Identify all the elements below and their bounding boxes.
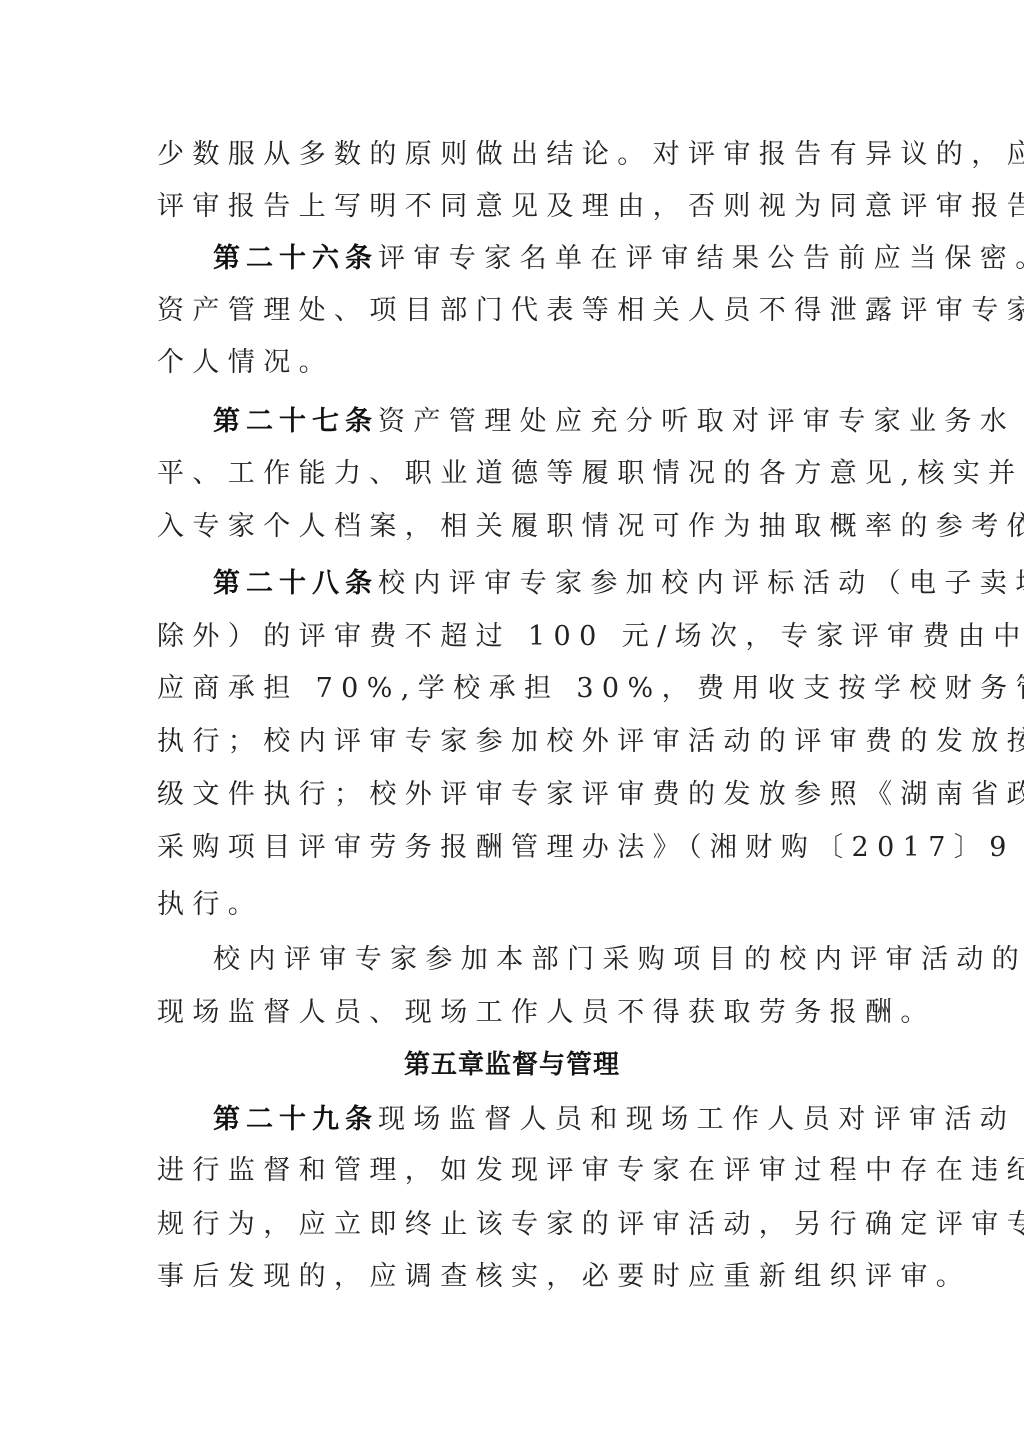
article-28-line-5: 级文件执行；校外评审专家评审费的发放参照《湖南省政府 [157,775,877,815]
article-27-line-2: 平、工作能力、职业道德等履职情况的各方意见,核实并记 [157,454,877,494]
continuation-line-2: 评审报告上写明不同意见及理由，否则视为同意评审报告。 [157,187,877,227]
remuneration-line-1: 校内评审专家参加本部门采购项目的校内评审活动的、 [213,940,933,980]
article-28-text-1: 校内评审专家参加校内评标活动（电子卖场 [378,568,1024,599]
chapter-heading: 第五章监督与管理 [0,1045,1024,1085]
article-29-label: 第二十九条 [213,1104,378,1135]
article-28-line-2: 除外）的评审费不超过 100 元/场次，专家评审费由中标供 [157,617,877,657]
article-28-line-6: 采购项目评审劳务报酬管理办法》（湘财购〔2017〕9 号） [157,828,877,868]
continuation-line-1: 少数服从多数的原则做出结论。对评审报告有异议的，应在 [157,135,877,175]
article-28-line-4: 执行；校内评审专家参加校外评审活动的评审费的发放按上 [157,722,877,762]
article-27-text-1: 资产管理处应充分听取对评审专家业务水 [378,406,1015,437]
remuneration-line-2: 现场监督人员、现场工作人员不得获取劳务报酬。 [157,993,877,1033]
article-28-line-7: 执行。 [157,885,877,925]
article-29-line-3: 规行为，应立即终止该专家的评审活动，另行确定评审专家； [157,1205,877,1245]
article-27-line-3: 入专家个人档案，相关履职情况可作为抽取概率的参考依据。 [157,507,877,547]
article-29-line-4: 事后发现的，应调查核实，必要时应重新组织评审。 [157,1257,877,1297]
article-26-line-3: 个人情况。 [157,343,877,383]
article-28-line-1: 第二十八条校内评审专家参加校内评标活动（电子卖场 [213,564,933,604]
article-29-line-2: 进行监督和管理，如发现评审专家在评审过程中存在违纪违 [157,1151,877,1191]
article-29-line-1: 第二十九条现场监督人员和现场工作人员对评审活动 [213,1100,933,1140]
document-page: 少数服从多数的原则做出结论。对评审报告有异议的，应在 评审报告上写明不同意见及理… [0,0,1024,1448]
article-27-line-1: 第二十七条资产管理处应充分听取对评审专家业务水 [213,402,933,442]
article-26-label: 第二十六条 [213,243,378,274]
article-27-label: 第二十七条 [213,406,378,437]
article-26-line-1: 第二十六条评审专家名单在评审结果公告前应当保密。 [213,239,933,279]
article-29-text-1: 现场监督人员和现场工作人员对评审活动 [378,1104,1015,1135]
article-26-text-1: 评审专家名单在评审结果公告前应当保密。 [378,243,1024,274]
article-26-line-2: 资产管理处、项目部门代表等相关人员不得泄露评审专家的 [157,291,877,331]
article-28-label: 第二十八条 [213,568,378,599]
article-28-line-3: 应商承担 70%,学校承担 30%，费用收支按学校财务管理制度 [157,669,877,709]
